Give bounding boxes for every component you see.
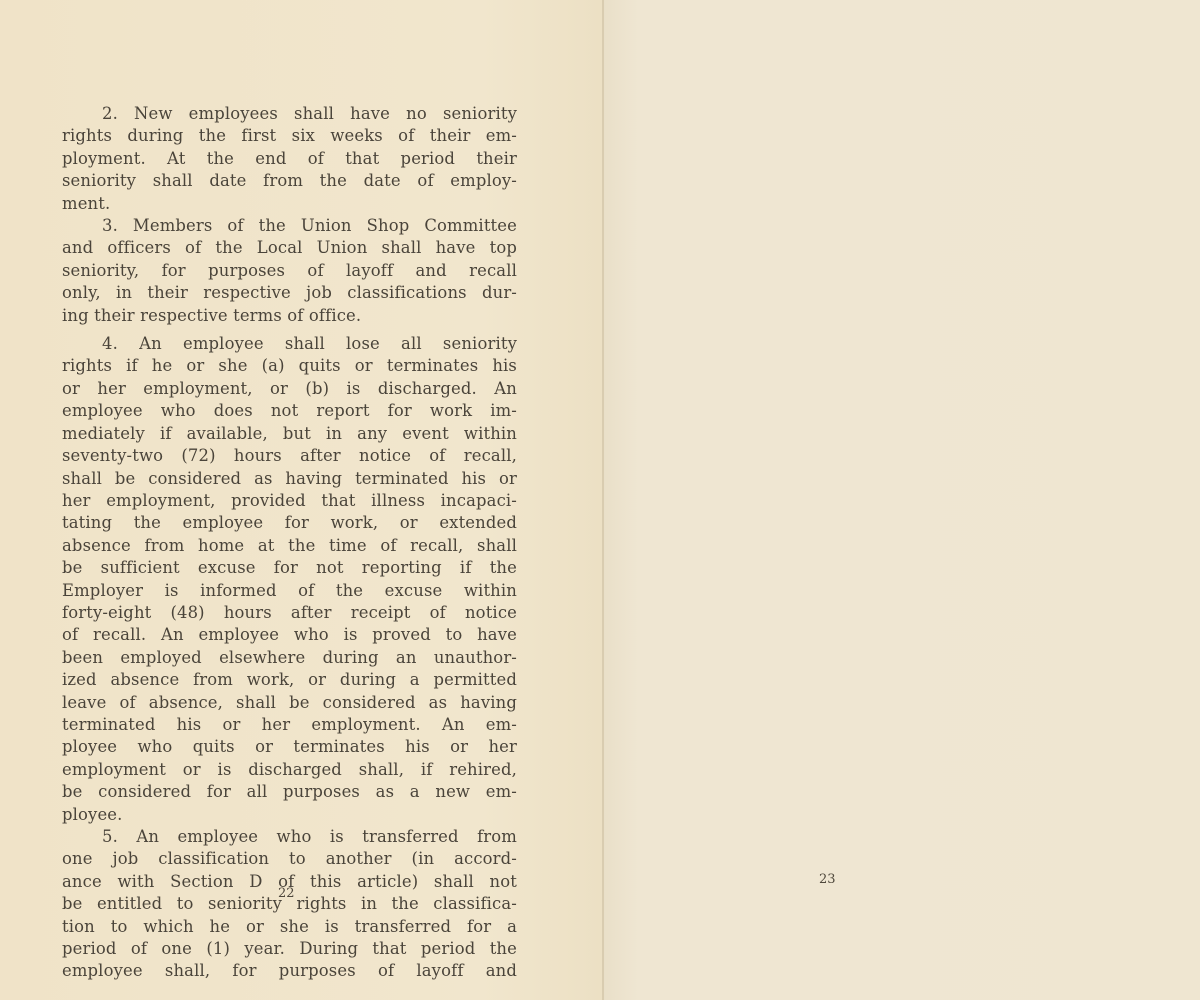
text-line: ing their respective terms of office. [62, 305, 517, 327]
text-line: rights during the first six weeks of the… [62, 125, 517, 147]
text-line: only, in their respective job classifica… [62, 282, 517, 304]
text-line: be sufficient excuse for not reporting i… [62, 557, 517, 579]
text-line: terminated his or her employment. An em- [62, 714, 517, 736]
paragraph-2: 2. New employees shall have no seniority… [62, 103, 517, 215]
text-line: shall be considered as having terminated… [62, 468, 517, 490]
text-line: tion to which he or she is transferred f… [62, 916, 517, 938]
text-line: ment. [62, 193, 517, 215]
text-line: of recall. An employee who is proved to … [62, 624, 517, 646]
page-number-left: 22 [278, 886, 295, 901]
text-line: leave of absence, shall be considered as… [62, 692, 517, 714]
text-line: be considered for all purposes as a new … [62, 781, 517, 803]
left-page-text: 2. New employees shall have no seniority… [62, 103, 517, 983]
book-spine-gutter [602, 0, 604, 1000]
text-line: her employment, provided that illness in… [62, 490, 517, 512]
text-line: employee shall, for purposes of layoff a… [62, 960, 517, 982]
text-line: seniority, for purposes of layoff and re… [62, 260, 517, 282]
paragraph-5: 5. An employee who is transferred from o… [62, 826, 517, 983]
right-page: recall only, retain seniority rights in … [603, 0, 1200, 1000]
text-line: rights if he or she (a) quits or termina… [62, 355, 517, 377]
text-line: or her employment, or (b) is discharged.… [62, 378, 517, 400]
text-line: ployment. At the end of that period thei… [62, 148, 517, 170]
text-line: forty-eight (48) hours after receipt of … [62, 602, 517, 624]
left-page: 2. New employees shall have no seniority… [0, 0, 603, 1000]
text-line: seventy-two (72) hours after notice of r… [62, 445, 517, 467]
text-line: ployee who quits or terminates his or he… [62, 736, 517, 758]
text-line: 5. An employee who is transferred from [62, 826, 517, 848]
text-line: ployee. [62, 804, 517, 826]
text-line: one job classification to another (in ac… [62, 848, 517, 870]
text-line: mediately if available, but in any event… [62, 423, 517, 445]
text-line: 4. An employee shall lose all seniority [62, 333, 517, 355]
text-line: 2. New employees shall have no seniority [62, 103, 517, 125]
text-line: period of one (1) year. During that peri… [62, 938, 517, 960]
text-line: been employed elsewhere during an unauth… [62, 647, 517, 669]
text-line: seniority shall date from the date of em… [62, 170, 517, 192]
text-line: tating the employee for work, or extende… [62, 512, 517, 534]
text-line: employment or is discharged shall, if re… [62, 759, 517, 781]
text-line: employee who does not report for work im… [62, 400, 517, 422]
text-line: ized absence from work, or during a perm… [62, 669, 517, 691]
text-line: Employer is informed of the excuse withi… [62, 580, 517, 602]
book-spread: 2. New employees shall have no seniority… [0, 0, 1200, 1000]
paragraph-3: 3. Members of the Union Shop Committee a… [62, 215, 517, 327]
paragraph-4: 4. An employee shall lose all seniority … [62, 333, 517, 826]
page-number-right: 23 [819, 872, 836, 887]
text-line: and officers of the Local Union shall ha… [62, 237, 517, 259]
text-line: absence from home at the time of recall,… [62, 535, 517, 557]
text-line: 3. Members of the Union Shop Committee [62, 215, 517, 237]
